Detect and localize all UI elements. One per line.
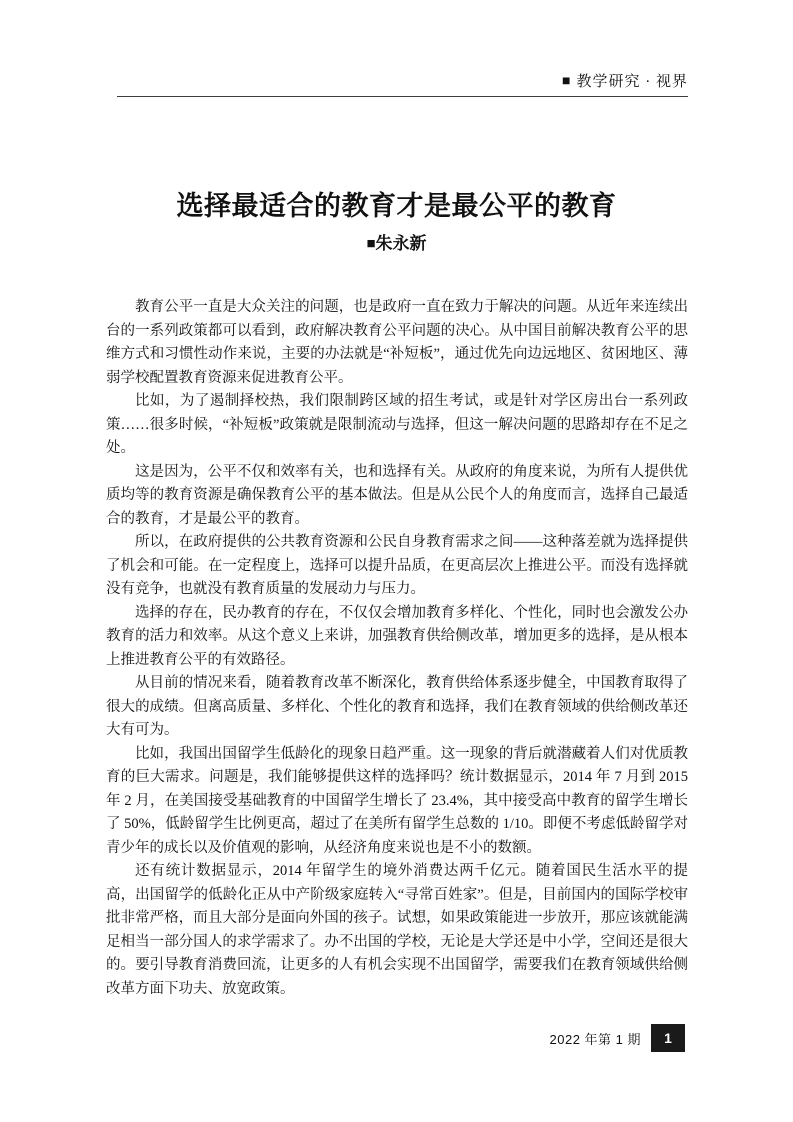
body-paragraph: 选择的存在，民办教育的存在，不仅仅会增加教育多样化、个性化，同时也会激发公办教育… [106, 602, 688, 673]
body-paragraph: 比如，我国出国留学生低龄化的现象日趋严重。这一现象的背后就潜藏着人们对优质教育的… [106, 743, 688, 861]
issue-label: 2022 年第 1 期 [550, 1029, 642, 1048]
header-rule [117, 96, 688, 97]
section-label: 教学研究 · 视界 [577, 74, 689, 90]
author-square-icon: ■ [366, 235, 375, 252]
journal-page: ■教学研究 · 视界 选择最适合的教育才是最公平的教育 ■朱永新 教育公平一直是… [0, 0, 793, 1122]
author-name: 朱永新 [376, 234, 427, 253]
body-paragraph: 教育公平一直是大众关注的问题，也是政府一直在致力于解决的问题。从近年来连续出台的… [106, 296, 688, 390]
body-paragraph: 还有统计数据显示，2014 年留学生的境外消费达两千亿元。随着国民生活水平的提高… [106, 860, 688, 1001]
body-paragraph: 所以，在政府提供的公共教育资源和公民自身教育需求之间——这种落差就为选择提供了机… [106, 531, 688, 602]
page-footer: 2022 年第 1 期 1 [550, 1024, 686, 1052]
running-head: ■教学研究 · 视界 [106, 72, 688, 93]
body-paragraph: 这是因为，公平不仅和效率有关，也和选择有关。从政府的角度来说，为所有人提供优质均… [106, 461, 688, 532]
article-body: 教育公平一直是大众关注的问题，也是政府一直在致力于解决的问题。从近年来连续出台的… [106, 296, 688, 1001]
body-paragraph: 比如，为了遏制择校热，我们限制跨区域的招生考试，或是针对学区房出台一系列政策……… [106, 390, 688, 461]
article-title: 选择最适合的教育才是最公平的教育 [0, 186, 793, 226]
body-paragraph: 从目前的情况来看，随着教育改革不断深化，教育供给体系逐步健全，中国教育取得了很大… [106, 672, 688, 743]
article-author: ■朱永新 [0, 233, 793, 256]
section-square-icon: ■ [562, 74, 570, 89]
page-number-badge: 1 [651, 1024, 685, 1052]
